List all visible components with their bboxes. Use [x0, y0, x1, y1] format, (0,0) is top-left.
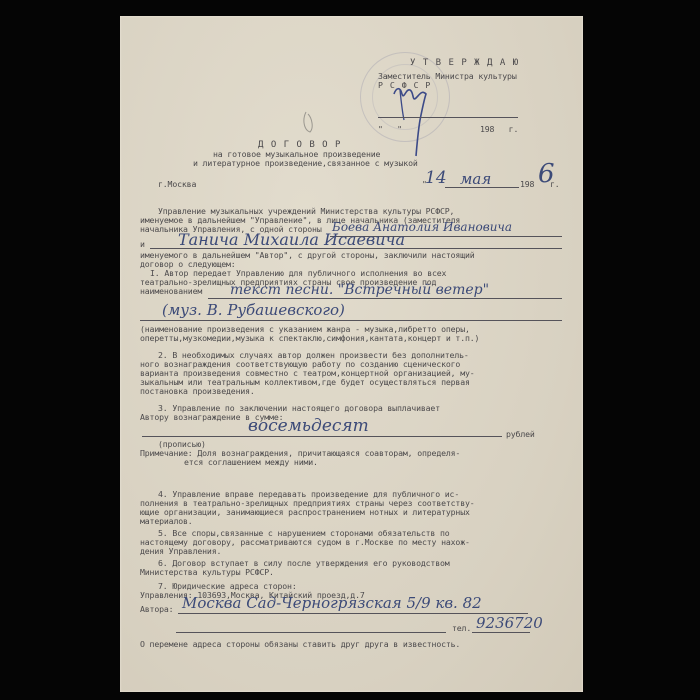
clause-6-line-2: Министерства культуры РСФСР.	[140, 568, 274, 577]
phone-line	[472, 632, 530, 633]
currency-label: рублей	[506, 430, 535, 439]
amount-handwritten: восемьдесят	[248, 416, 369, 436]
date-year-prefix: 198	[520, 180, 534, 189]
date-suffix: г.	[550, 180, 560, 189]
date-month-handwritten: мая	[460, 170, 491, 188]
clause-2-line-5: постановка произведения.	[140, 387, 255, 396]
approval-date-quotes: " "	[378, 125, 402, 134]
phone-label: тел.	[452, 624, 471, 633]
clause-1-note-2: оперетты,музкомедии,музыка к спектаклю,с…	[140, 334, 479, 343]
approval-signature-line	[378, 117, 518, 118]
date-day-handwritten: 14	[425, 168, 447, 188]
author-name-handwritten: Танича Михаила Исаевича	[178, 230, 405, 249]
place: г.Москва	[158, 180, 196, 189]
author-address-line-2	[176, 632, 446, 633]
pencil-mark	[300, 108, 320, 138]
phone-handwritten: 9236720	[476, 614, 543, 632]
approval-country: Р С Ф С Р	[378, 81, 431, 90]
work-title-handwritten: текст песни. "Встречный ветер"	[230, 282, 489, 298]
author-address-label: Автора:	[140, 605, 173, 614]
amount-line	[142, 436, 502, 437]
approval-year: 198 г.	[480, 125, 518, 134]
composer-handwritten: (муз. В. Рубашевского)	[162, 301, 345, 319]
address-change-notice: О перемене адреса стороны обязаны ставит…	[140, 640, 460, 649]
work-title-line-2	[140, 320, 562, 321]
contract-document: У Т В Е Р Ж Д А Ю Заместитель Министра к…	[120, 16, 583, 692]
clause-3-note-2: ется соглашением между ними.	[184, 458, 318, 467]
document-subtitle-2: и литературное произведение,связанное с …	[193, 159, 418, 168]
work-title-line-1	[208, 298, 562, 299]
clause-5-line-3: дения Управления.	[140, 547, 221, 556]
clause-4-line-4: материалов.	[140, 517, 193, 526]
clause-1-line-3: наименованием	[140, 287, 202, 296]
author-address-handwritten: Москва Сад-Черногрязская 5/9 кв. 82	[182, 594, 482, 612]
approval-heading: У Т В Е Р Ж Д А Ю	[410, 59, 519, 68]
preamble-line-4: и	[140, 240, 145, 249]
